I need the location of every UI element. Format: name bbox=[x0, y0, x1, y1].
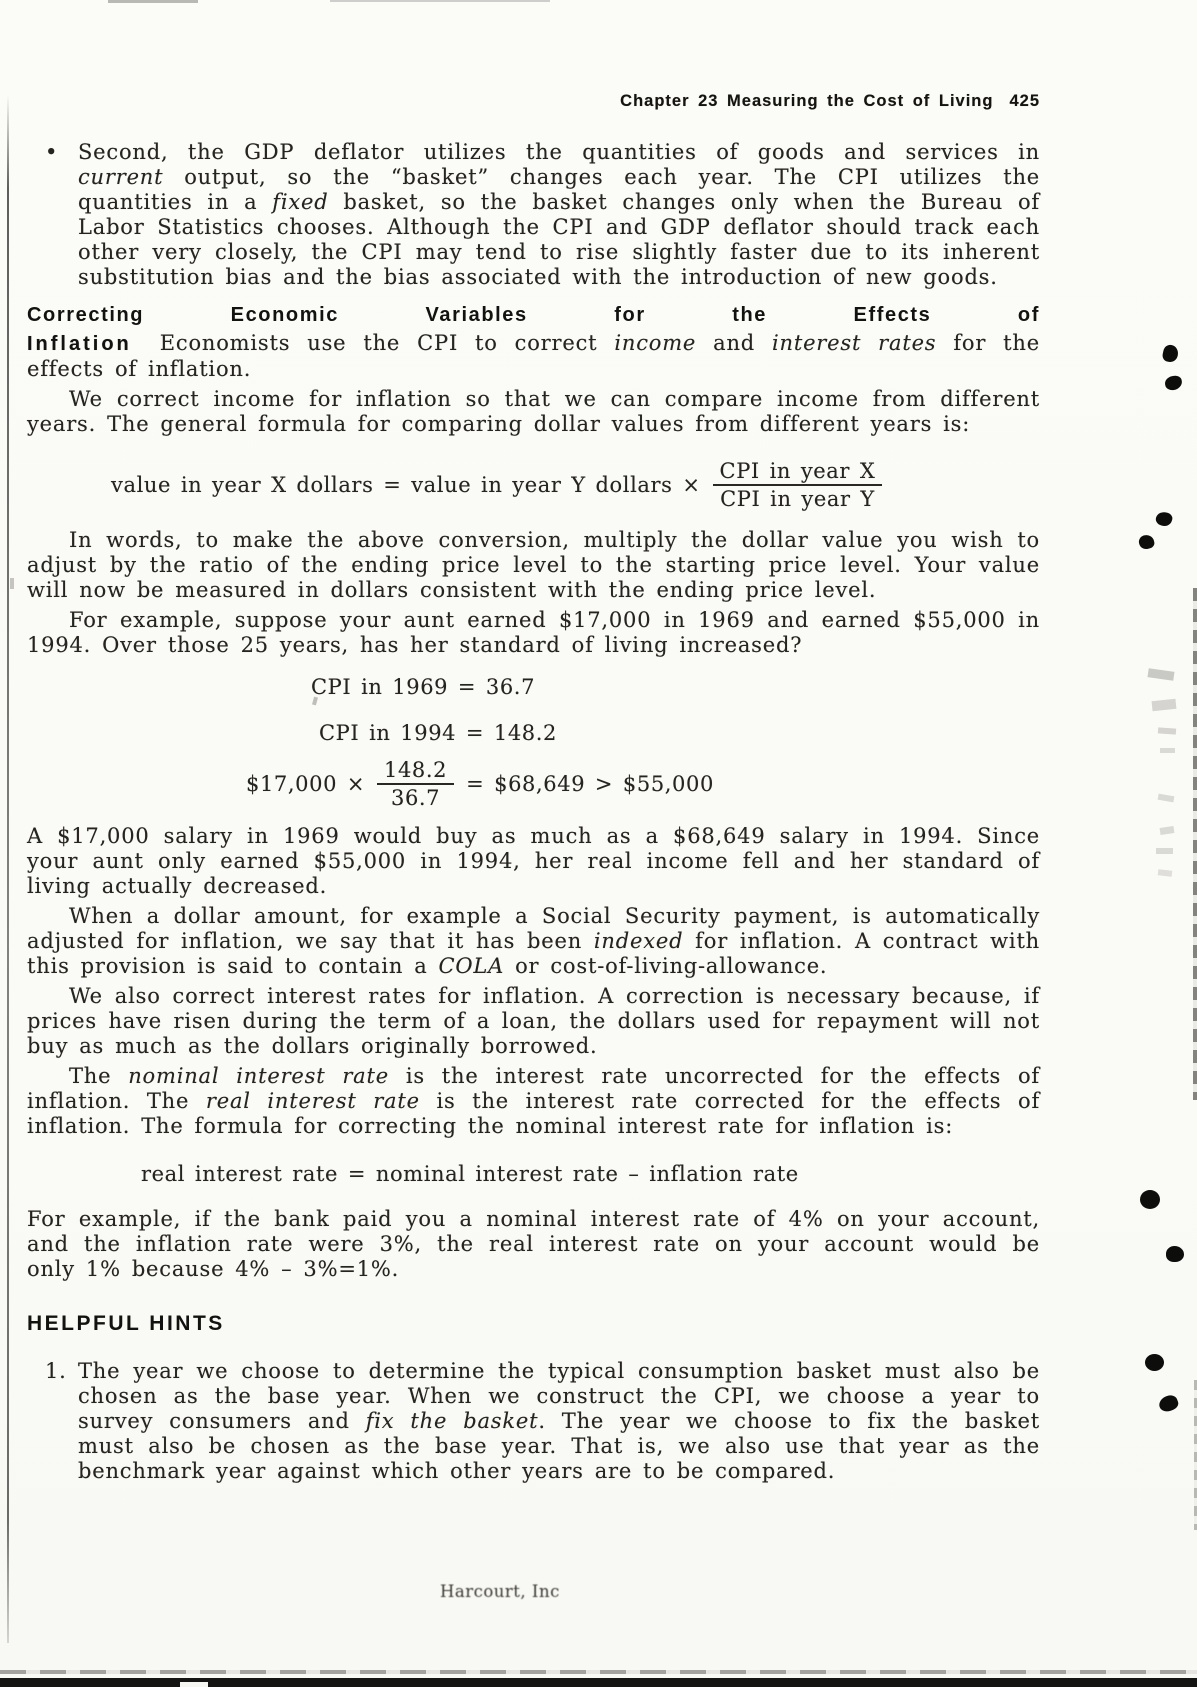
scan-left-edge-line bbox=[7, 95, 9, 1643]
margin-smudge bbox=[1160, 826, 1175, 835]
scan-gray-streak bbox=[0, 1670, 1197, 1674]
scan-top-streak bbox=[330, 0, 550, 2]
bullet-text: Second, the GDP deflator utilizes the qu… bbox=[78, 140, 1040, 289]
ink-blot bbox=[1166, 1246, 1184, 1262]
scan-bottom-bar bbox=[0, 1678, 1197, 1687]
hint-text: The year we choose to determine the typi… bbox=[78, 1359, 1040, 1483]
salary-fraction: 148.2 36.7 bbox=[377, 758, 454, 810]
section-runin-paragraph: InflationEconomists use the CPI to corre… bbox=[27, 331, 1040, 382]
fraction-numerator: CPI in year X bbox=[713, 459, 883, 486]
hint-number: 1. bbox=[45, 1359, 67, 1384]
paragraph-salary-comparison: A $17,000 salary in 1969 would buy as mu… bbox=[27, 824, 1040, 899]
publisher-name: Harcourt, Inc bbox=[440, 1582, 560, 1601]
margin-smudge bbox=[1152, 699, 1177, 711]
paragraph-bank-example: For example, if the bank paid you a nomi… bbox=[27, 1207, 1040, 1282]
equation-cpi-1994: CPI in 1994 = 148.2 bbox=[319, 721, 1040, 745]
paragraph-nominal-real: The nominal interest rate is the interes… bbox=[27, 1064, 1040, 1139]
section-heading-line: Correcting Economic Variables for the Ef… bbox=[27, 303, 1040, 327]
paragraph-aunt-example: For example, suppose your aunt earned $1… bbox=[27, 608, 1040, 658]
ink-blot bbox=[1157, 1393, 1180, 1414]
scanned-textbook-page: Chapter 23 Measuring the Cost of Living4… bbox=[0, 0, 1197, 1687]
equation-lhs: $17,000 × bbox=[246, 772, 365, 796]
scan-top-streak bbox=[108, 0, 198, 3]
margin-speck bbox=[10, 578, 14, 589]
page-header: Chapter 23 Measuring the Cost of Living4… bbox=[620, 92, 1040, 111]
paragraph-in-words: In words, to make the above conversion, … bbox=[27, 528, 1040, 603]
equation-rhs: = $68,649 > $55,000 bbox=[466, 772, 714, 796]
margin-smudge bbox=[1158, 869, 1173, 876]
page-footer: Harcourt, Inc bbox=[440, 1582, 560, 1601]
ink-blot bbox=[1140, 1190, 1160, 1209]
ink-blot bbox=[1161, 344, 1179, 364]
ink-blot bbox=[1138, 533, 1156, 550]
margin-smudge bbox=[1160, 748, 1175, 753]
page-number: 425 bbox=[1009, 92, 1040, 110]
page-body: • Second, the GDP deflator utilizes the … bbox=[27, 140, 1040, 1484]
margin-smudge bbox=[1156, 848, 1173, 854]
scan-right-edge-marks bbox=[1193, 588, 1197, 1100]
margin-smudge bbox=[1148, 668, 1175, 681]
equation-salary-conversion: $17,000 × 148.2 36.7 = $68,649 > $55,000 bbox=[246, 758, 1040, 810]
formula-value-conversion: value in year X dollars = value in year … bbox=[111, 459, 1040, 511]
formula-lhs: value in year X dollars = value in year … bbox=[111, 473, 701, 497]
ink-blot bbox=[1145, 1354, 1164, 1371]
chapter-title: Chapter 23 Measuring the Cost of Living bbox=[620, 92, 993, 110]
paragraph-interest-rates: We also correct interest rates for infla… bbox=[27, 984, 1040, 1059]
equation-cpi-1969: CPI in 1969 = 36.7 bbox=[311, 675, 1040, 699]
helpful-hints-heading: HELPFUL HINTS bbox=[27, 1312, 1040, 1336]
fraction-denominator: 36.7 bbox=[391, 785, 440, 810]
scan-bar-notch bbox=[180, 1682, 208, 1687]
ink-blot bbox=[1154, 510, 1174, 528]
margin-smudge bbox=[1158, 727, 1176, 734]
paragraph-correct-income: We correct income for inflation so that … bbox=[27, 387, 1040, 437]
fraction-denominator: CPI in year Y bbox=[720, 486, 875, 511]
equation-real-interest-rate: real interest rate = nominal interest ra… bbox=[141, 1162, 1040, 1186]
hint-item-1: 1. The year we choose to determine the t… bbox=[27, 1359, 1040, 1484]
margin-smudge bbox=[1158, 794, 1175, 803]
ink-blot bbox=[1164, 375, 1183, 392]
bullet-marker: • bbox=[45, 140, 58, 165]
bullet-list-item: • Second, the GDP deflator utilizes the … bbox=[27, 140, 1040, 290]
paragraph-indexed: When a dollar amount, for example a Soci… bbox=[27, 904, 1040, 979]
fraction-numerator: 148.2 bbox=[377, 758, 454, 785]
cpi-fraction: CPI in year X CPI in year Y bbox=[713, 459, 883, 511]
